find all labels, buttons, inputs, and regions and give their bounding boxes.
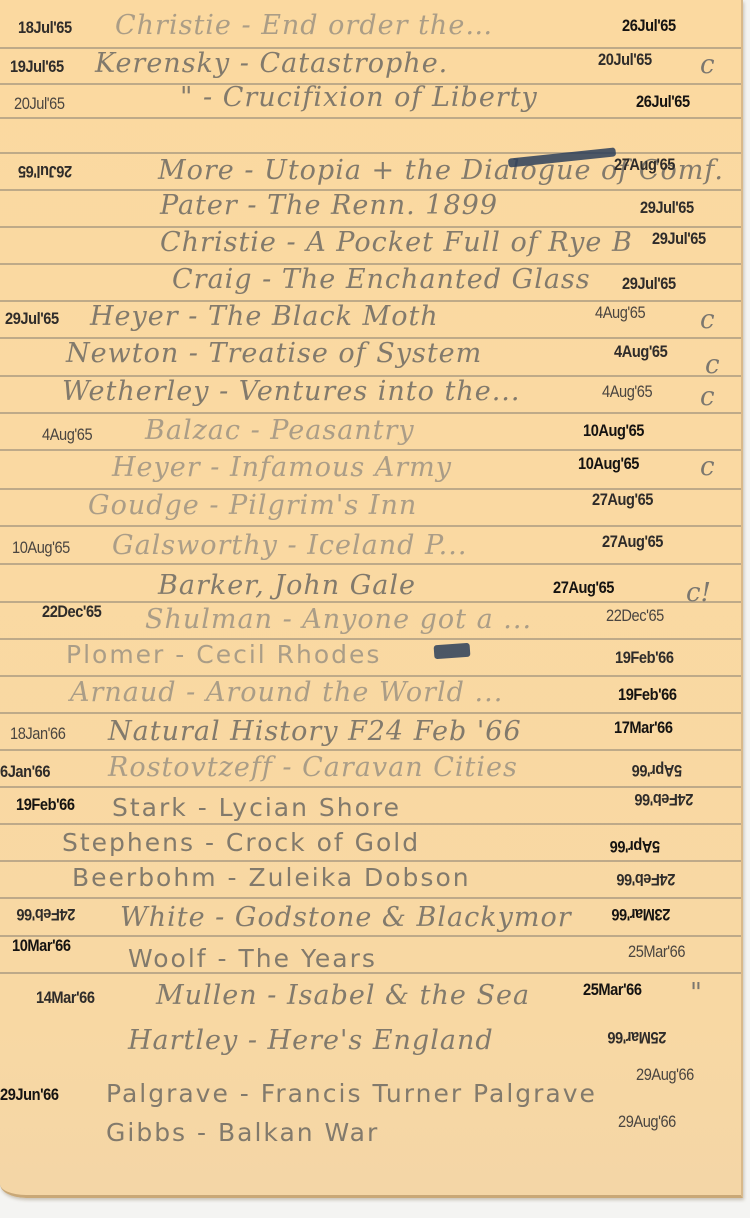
return-stamp: 10Aug'65 bbox=[578, 454, 639, 474]
return-stamp: 20Jul'65 bbox=[598, 50, 652, 70]
checkout-stamp: 10Mar'66 bbox=[12, 936, 71, 956]
log-entry: Stephens - Crock of Gold 5Apr'66 bbox=[0, 826, 741, 862]
return-stamp: 29Jul'65 bbox=[652, 229, 706, 249]
log-entry: Plomer - Cecil Rhodes 19Feb'66 bbox=[0, 640, 741, 676]
checkout-stamp: 14Mar'66 bbox=[36, 988, 95, 1008]
log-entry: Gibbs - Balkan War 29Aug'66 bbox=[0, 1118, 741, 1154]
log-entry: 18Jul'65 Christie - End order the… 26Jul… bbox=[0, 12, 741, 48]
entry-text: Natural History F24 Feb '66 bbox=[108, 716, 522, 747]
entry-text: Mullen - Isabel & the Sea bbox=[156, 980, 530, 1011]
checkout-stamp: 29Jul'65 bbox=[5, 309, 59, 329]
log-entry: 26Jul'65 More - Utopia + the Dialogue of… bbox=[0, 155, 741, 191]
checkout-stamp: 22Dec'65 bbox=[42, 602, 101, 622]
entry-text: Craig - The Enchanted Glass bbox=[172, 264, 591, 295]
checkout-stamp: 20Jul'65 bbox=[14, 94, 65, 114]
margin-mark: c bbox=[700, 452, 715, 482]
log-entry: Christie - A Pocket Full of Rye B 29Jul'… bbox=[0, 229, 741, 265]
return-stamp: 27Aug'65 bbox=[614, 155, 675, 175]
return-stamp-inverted: 24Feb'66 bbox=[635, 789, 694, 809]
return-stamp: 22Dec'65 bbox=[606, 606, 664, 626]
margin-mark: c bbox=[705, 350, 720, 380]
margin-mark: c bbox=[700, 305, 715, 335]
log-entry: 6Jan'66 Rostovtzeff - Caravan Cities 5Ap… bbox=[0, 752, 741, 788]
return-stamp: 25Mar'66 bbox=[628, 942, 685, 962]
return-stamp: 27Aug'65 bbox=[553, 578, 614, 598]
checkout-stamp-inverted: 26Jul'65 bbox=[18, 161, 72, 181]
return-stamp: 29Jul'65 bbox=[640, 198, 694, 218]
log-entry: Craig - The Enchanted Glass 29Jul'65 bbox=[0, 266, 741, 302]
log-entry: 10Mar'66 Woolf - The Years 25Mar'66 bbox=[0, 936, 741, 972]
log-entry: 19Feb'66 Stark - Lycian Shore 24Feb'66 bbox=[0, 789, 741, 825]
log-entry: 14Mar'66 Mullen - Isabel & the Sea 25Mar… bbox=[0, 978, 741, 1014]
entry-text: White - Godstone & Blackymor bbox=[120, 902, 572, 933]
entry-text: Shulman - Anyone got a ... bbox=[145, 604, 532, 635]
entry-text: Plomer - Cecil Rhodes bbox=[66, 640, 381, 669]
log-entry: 22Dec'65 Shulman - Anyone got a ... 22De… bbox=[0, 602, 741, 638]
log-entry: Arnaud - Around the World ... 19Feb'66 bbox=[0, 677, 741, 713]
entry-text: Stephens - Crock of Gold bbox=[62, 828, 420, 857]
log-entry: Wetherley - Ventures into the... 4Aug'65… bbox=[0, 378, 741, 414]
rule-line bbox=[0, 152, 741, 154]
log-entry: 4Aug'65 Balzac - Peasantry 10Aug'65 bbox=[0, 415, 741, 451]
return-stamp: 26Jul'65 bbox=[636, 92, 690, 112]
log-entry: 18Jan'66 Natural History F24 Feb '66 17M… bbox=[0, 714, 741, 750]
entry-text: Pater - The Renn. 1899 bbox=[160, 190, 498, 221]
return-stamp-inverted: 5Apr'66 bbox=[610, 836, 660, 856]
entry-text: " - Crucifixion of Liberty bbox=[180, 82, 538, 113]
log-entry: 24Feb'66 White - Godstone & Blackymor 23… bbox=[0, 900, 741, 936]
log-entry: Beerbohm - Zuleika Dobson 24Feb'66 bbox=[0, 863, 741, 899]
ink-scribble bbox=[434, 643, 471, 659]
margin-mark: " bbox=[690, 978, 702, 1008]
return-stamp: 27Aug'65 bbox=[602, 532, 663, 552]
log-entry: Pater - The Renn. 1899 29Jul'65 bbox=[0, 192, 741, 228]
entry-text: Christie - A Pocket Full of Rye B bbox=[160, 227, 633, 258]
return-stamp: 10Aug'65 bbox=[583, 421, 644, 441]
entry-text: Wetherley - Ventures into the... bbox=[62, 376, 520, 407]
checkout-stamp: 18Jul'65 bbox=[18, 18, 72, 38]
checkout-stamp: 29Jun'66 bbox=[0, 1085, 59, 1105]
entry-text: Balzac - Peasantry bbox=[145, 415, 415, 446]
log-entry: Newton - Treatise of System 4Aug'65 c bbox=[0, 340, 741, 376]
entry-text: Heyer - The Black Moth bbox=[90, 301, 439, 332]
log-card: 18Jul'65 Christie - End order the… 26Jul… bbox=[0, 0, 743, 1198]
entry-text: Heyer - Infamous Army bbox=[112, 452, 452, 483]
return-stamp: 19Feb'66 bbox=[618, 685, 677, 705]
margin-mark: c bbox=[700, 50, 715, 80]
log-entry: 20Jul'65 " - Crucifixion of Liberty 26Ju… bbox=[0, 88, 741, 124]
return-stamp-inverted: 5Apr'66 bbox=[632, 760, 682, 780]
entry-text: Galsworthy - Iceland P... bbox=[112, 530, 467, 561]
return-stamp: 4Aug'65 bbox=[595, 303, 645, 323]
entry-text: Stark - Lycian Shore bbox=[112, 793, 401, 822]
return-stamp-inverted: 25Mar'66 bbox=[608, 1027, 667, 1047]
log-entry: Goudge - Pilgrim's Inn 27Aug'65 bbox=[0, 490, 741, 526]
margin-mark: c bbox=[700, 382, 715, 412]
log-entry: Hartley - Here's England 25Mar'66 bbox=[0, 1025, 741, 1061]
log-entry: Heyer - Infamous Army 10Aug'65 c bbox=[0, 452, 741, 488]
entry-text: Gibbs - Balkan War bbox=[106, 1118, 379, 1147]
return-stamp: 25Mar'66 bbox=[583, 980, 642, 1000]
entry-text: Palgrave - Francis Turner Palgrave bbox=[106, 1079, 597, 1108]
entry-text: Beerbohm - Zuleika Dobson bbox=[72, 863, 471, 892]
entry-text: Woolf - The Years bbox=[128, 944, 377, 973]
return-stamp: 4Aug'65 bbox=[602, 382, 652, 402]
log-entry: 29Jun'66 Palgrave - Francis Turner Palgr… bbox=[0, 1075, 741, 1111]
entry-text: Barker, John Gale bbox=[158, 570, 416, 601]
entry-text: Christie - End order the… bbox=[115, 10, 493, 41]
return-stamp: 27Aug'65 bbox=[592, 490, 653, 510]
checkout-stamp: 6Jan'66 bbox=[0, 762, 50, 782]
entry-text: Kerensky - Catastrophe. bbox=[95, 48, 448, 79]
entry-text: Goudge - Pilgrim's Inn bbox=[88, 490, 417, 521]
entry-text: Arnaud - Around the World ... bbox=[70, 677, 503, 708]
return-stamp: 29Jul'65 bbox=[622, 274, 676, 294]
return-stamp: 19Feb'66 bbox=[615, 648, 674, 668]
return-stamp-inverted: 23Mar'66 bbox=[612, 904, 671, 924]
checkout-stamp-inverted: 24Feb'66 bbox=[17, 904, 76, 924]
log-entry: Barker, John Gale 27Aug'65 c! bbox=[0, 566, 741, 602]
return-stamp: 4Aug'65 bbox=[614, 342, 667, 362]
checkout-stamp: 10Aug'65 bbox=[12, 538, 70, 558]
return-stamp: 26Jul'65 bbox=[622, 16, 676, 36]
entry-text: Newton - Treatise of System bbox=[66, 338, 482, 369]
return-stamp: 17Mar'66 bbox=[614, 718, 673, 738]
log-entry: 10Aug'65 Galsworthy - Iceland P... 27Aug… bbox=[0, 528, 741, 564]
return-stamp: 29Aug'66 bbox=[618, 1112, 676, 1132]
log-entry: 29Jul'65 Heyer - The Black Moth 4Aug'65 … bbox=[0, 303, 741, 339]
checkout-stamp: 4Aug'65 bbox=[42, 425, 92, 445]
return-stamp-inverted: 24Feb'66 bbox=[617, 869, 676, 889]
checkout-stamp: 18Jan'66 bbox=[10, 724, 65, 744]
entry-text: Rostovtzeff - Caravan Cities bbox=[108, 752, 518, 783]
log-entry: 19Jul'65 Kerensky - Catastrophe. 20Jul'6… bbox=[0, 50, 741, 86]
return-stamp: 29Aug'66 bbox=[636, 1065, 694, 1085]
checkout-stamp: 19Feb'66 bbox=[16, 795, 75, 815]
entry-text: Hartley - Here's England bbox=[128, 1025, 494, 1056]
checkout-stamp: 19Jul'65 bbox=[10, 57, 64, 77]
